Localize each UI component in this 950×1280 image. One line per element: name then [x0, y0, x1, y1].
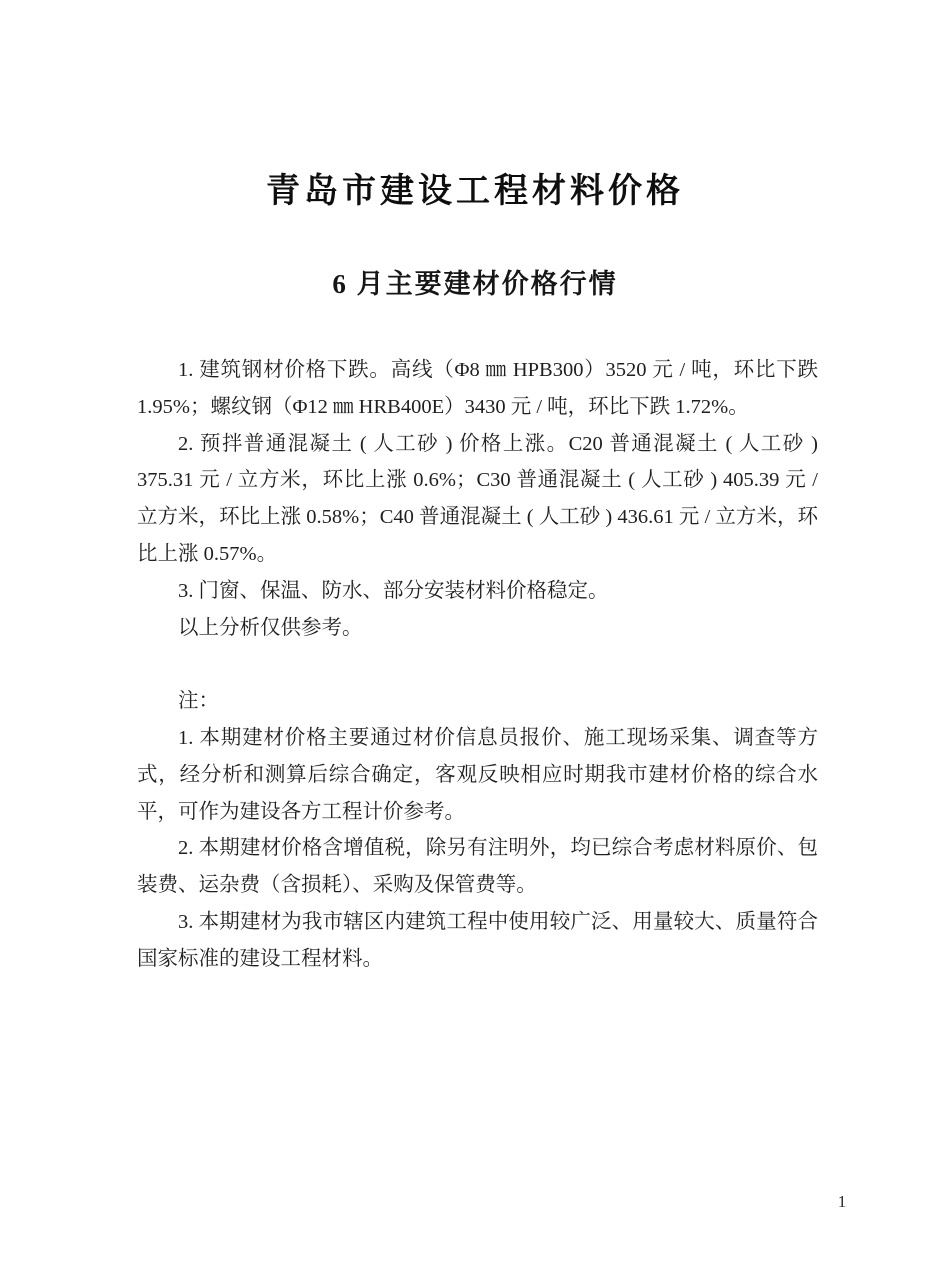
note-paragraph-1: 1. 本期建材价格主要通过材价信息员报价、施工现场采集、调查等方式，经分析和测算… — [137, 720, 818, 830]
paragraph-steel-prices: 1. 建筑钢材价格下跌。高线（Φ8 ㎜ HPB300）3520 元 / 吨，环比… — [137, 352, 818, 426]
document-title: 青岛市建设工程材料价格 — [0, 163, 950, 212]
paragraph-concrete-prices: 2. 预拌普通混凝土 ( 人工砂 ) 价格上涨。C20 普通混凝土 ( 人工砂 … — [137, 426, 818, 573]
note-paragraph-3: 3. 本期建材为我市辖区内建筑工程中使用较广泛、用量较大、质量符合国家标准的建设… — [137, 904, 818, 978]
paragraph-disclaimer: 以上分析仅供参考。 — [137, 610, 818, 647]
note-paragraph-2: 2. 本期建材价格含增值税，除另有注明外，均已综合考虑材料原价、包装费、运杂费（… — [137, 830, 818, 904]
document-body: 1. 建筑钢材价格下跌。高线（Φ8 ㎜ HPB300）3520 元 / 吨，环比… — [137, 352, 818, 978]
page-number: 1 — [832, 1192, 852, 1212]
document-subtitle: 6 月主要建材价格行情 — [0, 262, 950, 301]
note-label: 注： — [137, 683, 818, 720]
document-page: 青岛市建设工程材料价格 6 月主要建材价格行情 1. 建筑钢材价格下跌。高线（Φ… — [0, 0, 950, 1280]
paragraph-stable-materials: 3. 门窗、保温、防水、部分安装材料价格稳定。 — [137, 573, 818, 610]
